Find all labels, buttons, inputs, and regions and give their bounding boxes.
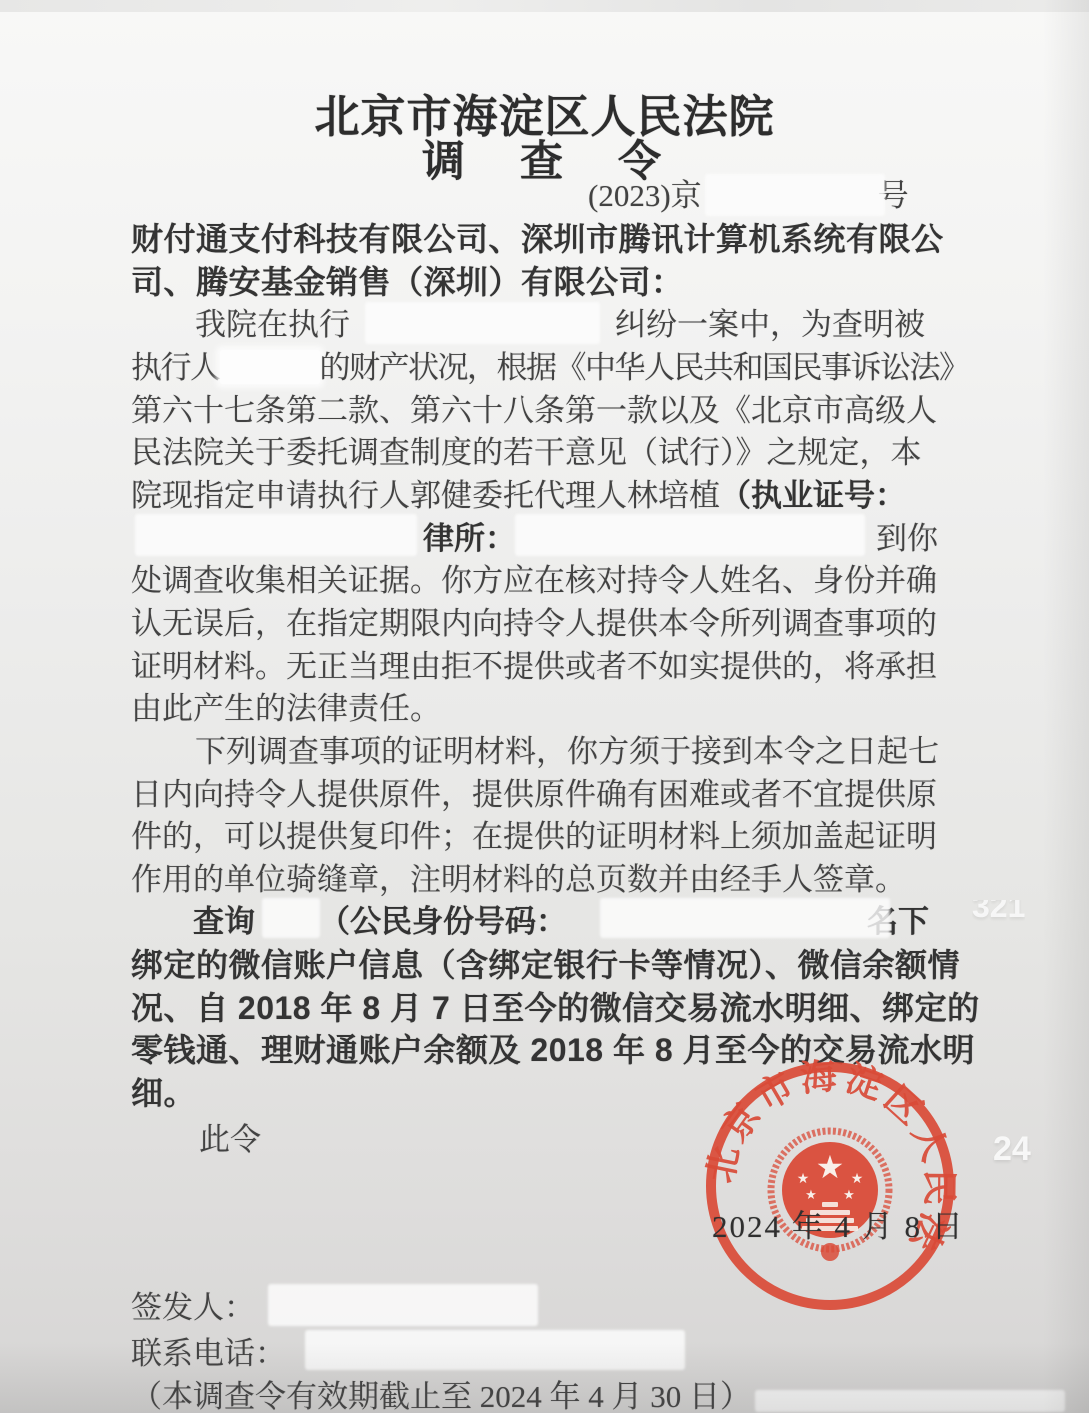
emblem-small-star: ★ [851,1171,864,1187]
redaction-box [365,302,600,344]
case-number-prefix: (2023)京 [588,178,702,213]
body-line-11: 下列调查事项的证明材料，你方须于接到本令之日起七 [131,732,991,772]
law-firm-label: 律所： [423,521,516,556]
redaction-box [220,350,320,384]
body-line-7: 处调查收集相关证据。你方应在核对持令人姓名、身份并确 [131,561,991,601]
body-line-8: 认无误后，在指定期限内向持令人提供本令所列调查事项的 [131,604,991,644]
emblem-big-star: ★ [816,1148,845,1186]
photo-top-edge [0,0,1089,12]
citizen-id-label: （公民身份号码： [319,904,567,939]
photo-right-shadow [1043,0,1089,1413]
issue-date: 2024 年 4 月 8 日 [712,1201,965,1246]
body-line-13: 件的，可以提供复印件；在提供的证明材料上须加盖起证明 [131,817,991,857]
query-line-3: 况、自 2018 年 8 月 7 日至今的微信交易流水明细、绑定的 [131,988,991,1028]
body-line-12: 日内向持令人提供原件，提供原件确有困难或者不宜提供原 [131,775,991,815]
addressee-line-1: 财付通支付科技有限公司、深圳市腾讯计算机系统有限公 [131,219,991,259]
court-seal-graphic: 北京市海淀区人民法院 ★ ★ ★ ★ ★ [698,1056,963,1321]
license-number-label: （执业证号： [720,478,906,513]
body-line-10: 由此产生的法律责任。 [131,689,991,729]
body-text: 的财产状况，根据《中华人民共和国民事诉讼法》 [320,350,969,385]
closing-text: 此令 [199,1122,261,1157]
body-line-3: 第六十七条第二款、第六十八条第一款以及《北京市高级人 [131,391,991,431]
redaction-box [262,898,320,938]
redaction-box [515,514,865,556]
body-text: 到你 [876,521,938,556]
body-line-4: 民法院关于委托调查制度的若干意见（试行）》之规定，本 [131,433,991,473]
redaction-box [705,174,885,216]
photo-bottom-shadow [0,1343,1089,1413]
body-text: 执行人 [131,350,220,385]
document-photo: 北京市海淀区人民法院 调 查 令 (2023)京号 财付通支付科技有限公司、深圳… [0,0,1089,1413]
emblem-small-star: ★ [797,1171,810,1187]
body-text: 下列调查事项的证明材料，你方须于接到本令之日起七 [195,734,939,769]
court-seal: 北京市海淀区人民法院 ★ ★ ★ ★ ★ [698,1056,963,1321]
redaction-box [135,514,417,556]
body-line-14: 作用的单位骑缝章，注明材料的总页数并由经手人签章。 [131,860,991,900]
body-text: 院现指定申请执行人郭健委托代理人林培植 [131,478,720,513]
issuer-line: 签发人： [131,1288,991,1328]
body-line-9: 证明材料。无正当理由拒不提供或者不如实提供的，将承担 [131,647,991,687]
body-text: 纠纷一案中，为查明被 [615,307,925,342]
query-line-2: 绑定的微信账户信息（含绑定银行卡等情况）、微信余额情 [131,945,991,985]
watermark-text: 321 [972,900,1025,925]
body-line-2: 执行人的财产状况，根据《中华人民共和国民事诉讼法》 [131,348,991,388]
body-text: 我院在执行 [195,307,350,342]
redaction-box [268,1284,538,1326]
watermark-top: 321 [972,900,1025,934]
body-line-5: 院现指定申请执行人郭健委托代理人林培植（执业证号： [131,476,991,516]
query-label: 查询 [193,904,255,939]
redaction-box [600,898,890,938]
addressee-line-2: 司、腾安基金销售（深圳）有限公司： [131,262,991,302]
watermark-bottom: 24 [993,1130,1031,1169]
